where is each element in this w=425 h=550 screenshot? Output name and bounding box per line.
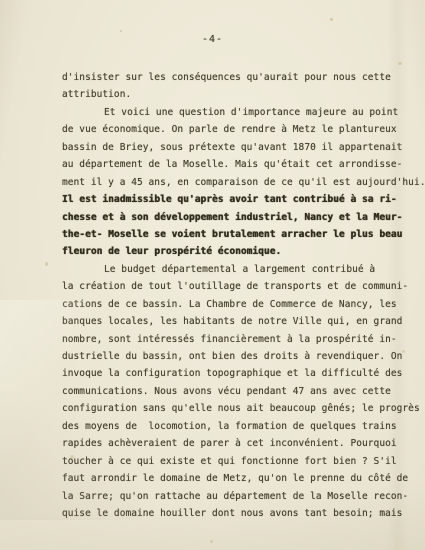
paper-speck (330, 18, 333, 21)
text-line: Il est inadmissible qu'après avoir tant … (62, 191, 421, 208)
text-line: toucher à ce qui existe et qui fonctionn… (62, 453, 421, 470)
text-line: faut arrondir le domaine de Metz, qu'on … (62, 470, 421, 487)
text-line: la création de tout l'outillage de trans… (62, 278, 421, 295)
text-line: la Sarre; qu'on rattache au département … (62, 488, 421, 505)
text-line: chesse et à son développement industriel… (62, 209, 421, 226)
scanned-document-page: -4- d'insister sur les conséquences qu'a… (0, 0, 425, 550)
text-line: the-et- Moselle se voient brutalement ar… (62, 226, 421, 243)
paper-speck (45, 262, 48, 266)
text-line: de vue économique. On parle de rendre à … (62, 121, 421, 138)
text-line: fleuron de leur prospérité économique. (62, 243, 421, 260)
text-line: au département de la Moselle. Mais qu'ét… (62, 156, 421, 173)
text-line: attribution. (62, 86, 421, 103)
paper-speck (120, 30, 122, 32)
text-line: Le budget départemental a largement cont… (62, 261, 421, 278)
text-line: cations de ce bassin. La Chambre de Comm… (62, 296, 421, 313)
paper-speck (398, 62, 402, 65)
text-line: quise le domaine houiller dont nous avon… (62, 505, 421, 522)
text-line: nombre, sont intéressés financièrement à… (62, 331, 421, 348)
paper-speck (210, 540, 213, 543)
text-line: des moyens de locomotion, la formation d… (62, 418, 421, 435)
document-text-block: d'insister sur les conséquences qu'aurai… (62, 69, 421, 522)
text-line: banques locales, les habitants de notre … (62, 313, 421, 330)
text-line: invoque la configuration topographique e… (62, 365, 421, 382)
text-line: bassin de Briey, sous prétexte qu'avant … (62, 139, 421, 156)
text-line: communications. Nous avons vécu pendant … (62, 383, 421, 400)
text-line: d'insister sur les conséquences qu'aurai… (62, 69, 421, 86)
page-number: -4- (0, 34, 425, 45)
text-line: ment il y a 45 ans, en comparaison de ce… (62, 174, 421, 191)
text-line: Et voici une question d'importance majeu… (62, 104, 421, 121)
text-line: rapides achèveraient de parer à cet inco… (62, 435, 421, 452)
text-line: dustrielle du bassin, ont bien des droit… (62, 348, 421, 365)
text-line: configuration sans qu'elle nous ait beau… (62, 400, 421, 417)
